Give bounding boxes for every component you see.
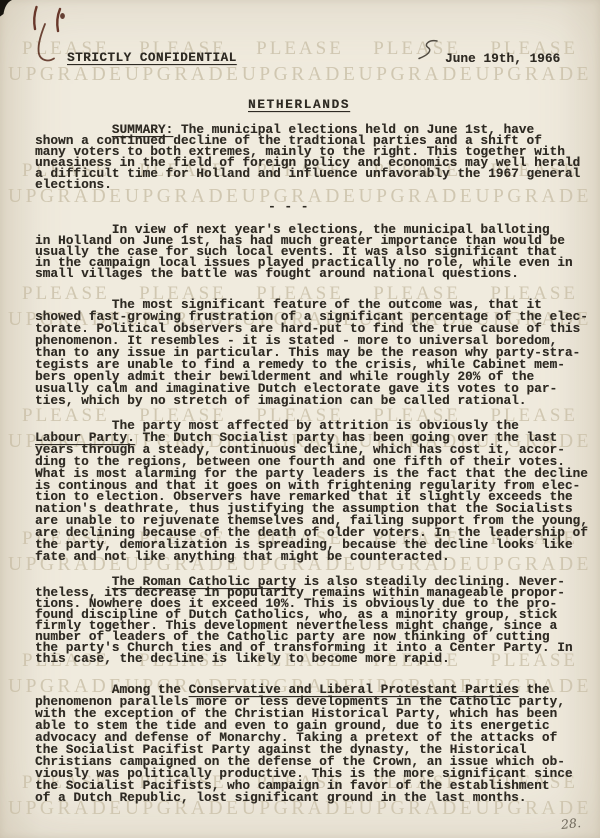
- labour-rest: The Dutch Socialist party has been going…: [35, 430, 588, 564]
- pen-curve-icon: [38, 24, 54, 60]
- pen-stroke-icon: [34, 7, 36, 29]
- paragraph-catholic-party: The Roman Catholic party is also steadil…: [35, 576, 573, 664]
- paragraph-labour-party: The party most affected by attrition is …: [35, 420, 588, 563]
- classification-label: STRICTLY CONFIDENTIAL: [67, 52, 237, 63]
- pen-squiggle-icon: [419, 41, 437, 59]
- watermark-row: UPGRADEUPGRADEUPGRADEUPGRADEUPGRADE: [0, 64, 600, 86]
- summary-body: The municipal elections held on June 1st…: [35, 122, 580, 192]
- paragraph-outcome: The most significant feature of the outc…: [35, 299, 588, 407]
- paragraph-elections-intro: In view of next year's elections, the mu…: [35, 224, 573, 279]
- ink-blot: [60, 13, 65, 19]
- classification-text: STRICTLY CONFIDENTIAL: [67, 50, 237, 65]
- page-title-text: NETHERLANDS: [248, 97, 350, 112]
- corner-mark: [0, 0, 12, 17]
- date-label: June 19th, 1966: [445, 53, 560, 64]
- protestant-rest: the phenomenon parallels more or less de…: [35, 682, 573, 805]
- page-number: 28.: [560, 815, 581, 832]
- document-page: PLEASEPLEASEPLEASEPLEASEPLEASEUPGRADEUPG…: [0, 0, 600, 838]
- section-separator: - - -: [268, 201, 309, 212]
- page-title: NETHERLANDS: [248, 99, 350, 110]
- paragraph-protestant-parties: Among the Conservative and Liberal Prote…: [35, 684, 573, 804]
- catholic-rest: is also steadily declining. Never- thele…: [35, 574, 573, 666]
- pen-stroke-icon: [57, 9, 60, 31]
- summary-paragraph: SUMMARY: The municipal elections held on…: [35, 124, 580, 190]
